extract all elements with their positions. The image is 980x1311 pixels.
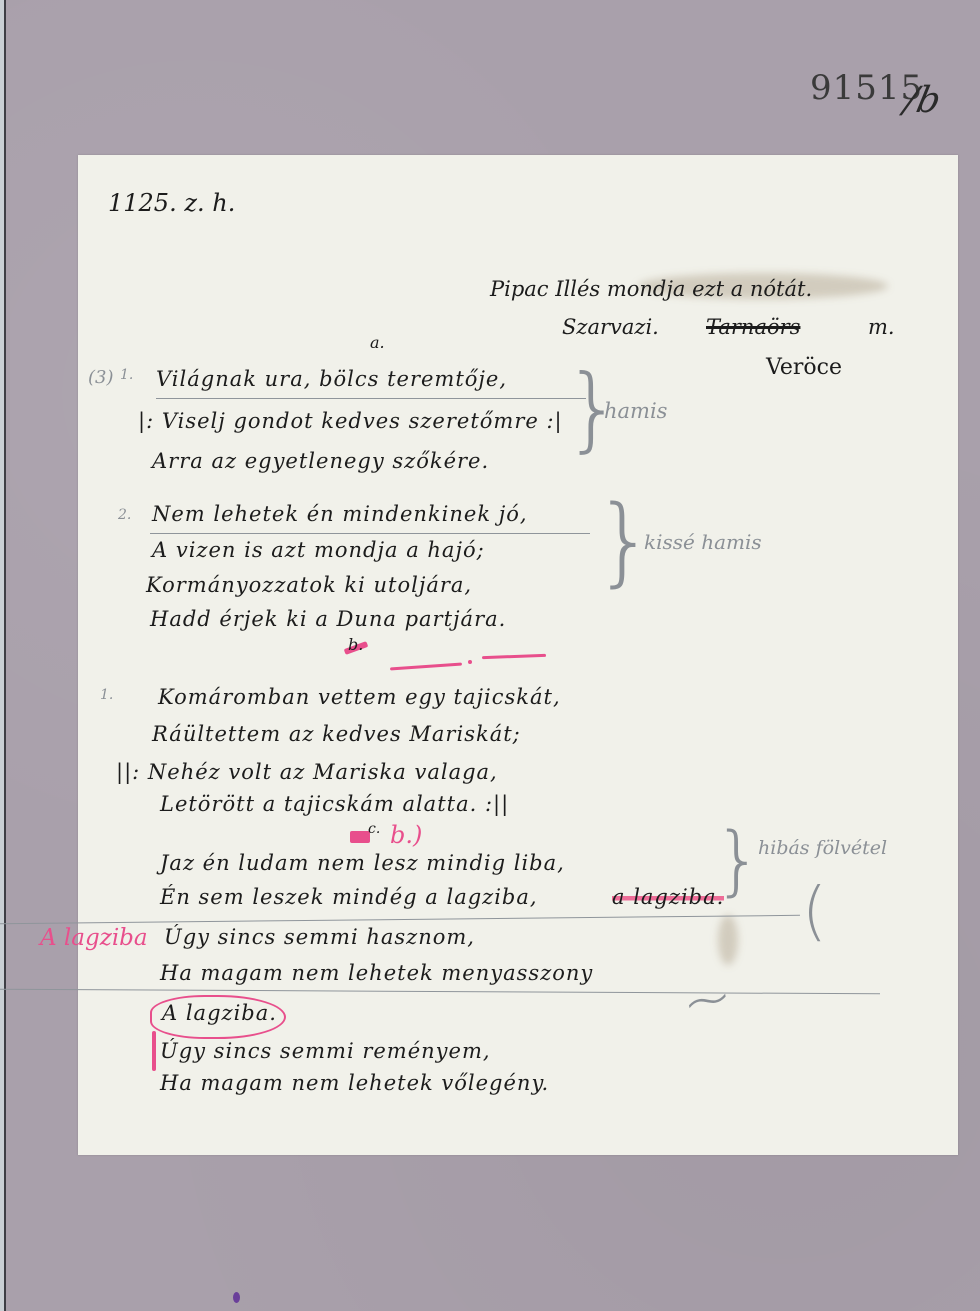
stanza-a2-annotation: kissé hamis bbox=[644, 530, 762, 554]
stanza-c-struck-tail: a lagziba. bbox=[612, 885, 724, 909]
stanza-c-line-1: Jaz én ludam nem lesz mindig liba, bbox=[160, 851, 565, 875]
pencil-underline bbox=[150, 533, 590, 534]
pencil-squiggle: ~ bbox=[676, 961, 738, 1039]
pencil-brace-open: ( bbox=[802, 875, 827, 949]
stanza-a2-line-1: Nem lehetek én mindenkinek jó, bbox=[152, 502, 528, 526]
section-a-label: a. bbox=[370, 333, 385, 352]
heading-correction: Veröce bbox=[766, 355, 842, 380]
stanza-b1-line-4: Letörött a tajicskám alatta. :|| bbox=[160, 792, 509, 816]
heading-line-1: Pipac Illés mondja ezt a nótát. bbox=[490, 277, 812, 301]
heading-place: Szarvazi. bbox=[562, 315, 659, 339]
red-divider-right bbox=[482, 654, 546, 659]
stanza-a1-line-3: Arra az egyetlenegy szőkére. bbox=[152, 449, 489, 473]
pencil-guide-line bbox=[0, 915, 800, 924]
stanza-a1-line-2: |: Viselj gondot kedves szeretőmre :| bbox=[138, 409, 563, 433]
stanza-c-line-6: Ha magam nem lehetek vőlegény. bbox=[160, 1071, 549, 1095]
red-bracket bbox=[152, 1031, 156, 1071]
stanza-a2-number: 2. bbox=[118, 507, 131, 523]
red-hatch-mark bbox=[350, 831, 370, 843]
scan-edge bbox=[0, 0, 10, 1311]
stanza-c-line-2: Én sem leszek mindég a lagziba, bbox=[160, 885, 538, 909]
stanza-b1-line-1: Komáromban vettem egy tajicskát, bbox=[158, 685, 561, 709]
red-divider-dot bbox=[468, 660, 472, 664]
section-b-label: b. bbox=[348, 635, 363, 654]
stanza-a1-line-1: Világnak ura, bölcs teremtője, bbox=[156, 367, 507, 391]
stanza-c-line-5: Úgy sincs semmi reményem, bbox=[160, 1039, 491, 1063]
stanza-a2-line-4: Hadd érjek ki a Duna partjára. bbox=[150, 607, 506, 631]
pencil-underline bbox=[156, 398, 586, 399]
stain bbox=[718, 915, 738, 965]
stanza-a1-margin-mark: (3) bbox=[88, 367, 114, 388]
stanza-c-line-4: Ha magam nem lehetek menyasszony bbox=[160, 961, 593, 985]
stanza-a2-line-3: Kormányozzatok ki utoljára, bbox=[146, 573, 472, 597]
section-c-label-struck: c. bbox=[368, 821, 380, 837]
section-c-label: b.) bbox=[390, 821, 422, 849]
stanza-a1-number: 1. bbox=[120, 367, 133, 383]
heading-county-suffix: m. bbox=[868, 315, 895, 339]
manuscript-sheet: 1125. z. h. Pipac Illés mondja ezt a nót… bbox=[78, 155, 958, 1155]
pencil-squiggle: } bbox=[714, 815, 762, 904]
stanza-c-circled-line: A lagziba. bbox=[162, 1001, 277, 1025]
heading-struck-place: Tarnaörs bbox=[706, 315, 800, 339]
margin-insert: A lagziba bbox=[40, 925, 148, 951]
stanza-b1-number: 1. bbox=[100, 687, 113, 703]
stanza-c-annotation: hibás fölvétel bbox=[758, 837, 887, 859]
stanza-b1-line-2: Ráültettem az kedves Mariskát; bbox=[152, 722, 521, 746]
stanza-b1-line-3: ||: Nehéz volt az Mariska valaga, bbox=[116, 760, 498, 784]
red-divider-left bbox=[390, 662, 462, 670]
catalog-reference: 1125. z. h. bbox=[108, 189, 235, 217]
stanza-c-line-3: Úgy sincs semmi hasznom, bbox=[164, 925, 475, 949]
stanza-a2-line-2: A vizen is azt mondja a hajó; bbox=[152, 538, 485, 562]
pencil-guide-line bbox=[0, 989, 880, 995]
ink-spot bbox=[233, 1292, 240, 1303]
stanza-a1-annotation: hamis bbox=[604, 399, 667, 423]
